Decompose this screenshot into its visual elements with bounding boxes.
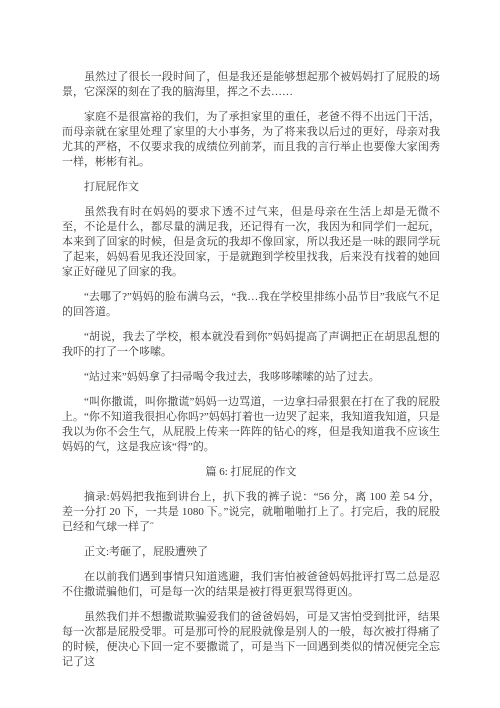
paragraph: “去哪了?”妈妈的脸布满乌云，“我…我在学校里排练小品节目”我底气不足的回答道。 (62, 290, 440, 320)
paragraph: 虽然过了很长一段时间了，但是我还是能够想起那个被妈妈打了屁股的场景，它深深的刻在… (62, 70, 440, 100)
section-heading: 篇 6: 打屁屁的作文 (62, 465, 440, 480)
document-page: 虽然过了很长一段时间了，但是我还是能够想起那个被妈妈打了屁股的场景，它深深的刻在… (0, 0, 500, 708)
paragraph: 在以前我们遇到事情只知道逃避，我们害怕被爸爸妈妈批评打骂二总是忍不住撒谎骗他们，… (62, 570, 440, 600)
paragraph: “叫你撒谎，叫你撒谎”妈妈一边骂道，一边拿扫帚狠狠在打在了我的屁股上。“你不知道… (62, 395, 440, 455)
paragraph: 摘录:妈妈把我拖到讲台上，扒下我的裤子说：“56 分，离 100 差 54 分，… (62, 490, 440, 535)
paragraph: “胡说，我去了学校，根本就没看到你”妈妈提高了声调把正在胡思乱想的我吓的打了一个… (62, 330, 440, 360)
paragraph: 正文:考砸了，屁股遭殃了 (62, 545, 440, 560)
essay-title-line: 打屁屁作文 (62, 180, 440, 195)
paragraph: 虽然我们并不想撒谎欺骗爱我们的爸爸妈妈，可是又害怕受到批评，结果每一次都是屁股受… (62, 610, 440, 670)
paragraph: 虽然我有时在妈妈的要求下透不过气来，但是母亲在生活上却是无微不至，不论是什么，都… (62, 205, 440, 280)
paragraph: 家庭不是很富裕的我们，为了承担家里的重任，老爸不得不出远门干活，而母亲就在家里处… (62, 110, 440, 170)
paragraph: “站过来”妈妈拿了扫帚喝令我过去，我哆哆嗦嗦的站了过去。 (62, 370, 440, 385)
